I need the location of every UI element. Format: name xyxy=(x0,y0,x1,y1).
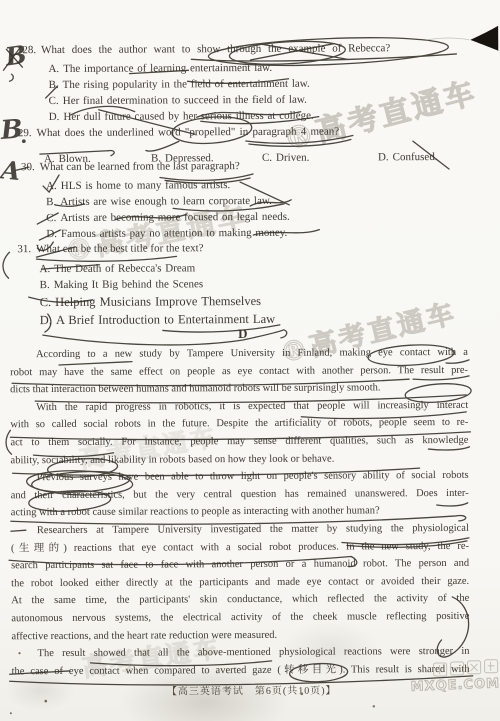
option-c: C.Helping Musicians Improve Themselves xyxy=(40,291,480,311)
handwritten-grade-q30: A xyxy=(0,155,22,186)
passage-line: At the same time, the participants' skin… xyxy=(11,590,469,610)
passage-line: the case of eye contact when compared to… xyxy=(12,661,470,681)
option-text: Her final determination to succeed in th… xyxy=(63,94,307,107)
option-label: C. xyxy=(49,95,59,107)
option-label: C. xyxy=(46,212,56,224)
page-footer: 【高三英语考试 第6页(共10页)】 xyxy=(2,681,500,699)
option-label: B. xyxy=(46,196,56,208)
question-28-stem: 28.What does the author want to show thr… xyxy=(22,40,484,58)
question-31-options: A.The Death of Rebecca's Dream B.Making … xyxy=(17,259,479,329)
option-text: The rising popularity in the field of en… xyxy=(63,78,310,91)
question-number: 30. xyxy=(21,161,35,173)
question-30-stem: 30.What can be learned from the last par… xyxy=(21,157,483,175)
option-label: A. xyxy=(39,263,50,275)
option-text: The Death of Rebecca's Dream xyxy=(54,262,195,275)
question-30: 30.What can be learned from the last par… xyxy=(21,157,483,242)
passage-line: According to a new study by Tampere Univ… xyxy=(10,344,468,364)
option-label: A. xyxy=(46,180,57,192)
passage-line: The result showed that all the above-men… xyxy=(11,643,469,663)
question-28: 28.What does the author want to show thr… xyxy=(22,40,484,125)
option-text: HLS is home to many famous artists. xyxy=(61,179,231,192)
passage-line: act to them socially. For instance, peop… xyxy=(10,432,468,452)
question-31-stem: 31.What can be the best title for the te… xyxy=(17,239,479,257)
option-text: The importance of learning entertainment… xyxy=(63,62,272,75)
question-29-stem: 29.What does the underlined word "propel… xyxy=(18,123,480,141)
handwritten-grade-q28: B xyxy=(3,40,28,72)
scanned-exam-page: ®高考直通车 ®高考直通车 ®高考直通车 高考直通车 高考直通车 MXQE.CO… xyxy=(0,0,500,721)
option-label: D. xyxy=(46,228,57,240)
option-text: Making It Big behind the Scenes xyxy=(54,278,204,291)
question-stem-text: What can be the best title for the text? xyxy=(36,242,203,255)
option-text: Her dull future caused by her serious il… xyxy=(63,110,313,123)
question-stem-text: What does the author want to show throug… xyxy=(41,42,390,56)
option-label: C. xyxy=(40,295,52,309)
question-28-options: A.The importance of learning entertainme… xyxy=(22,59,484,125)
question-30-options: A.HLS is home to many famous artists. B.… xyxy=(21,176,483,242)
passage-line: and their characteristics, but the very … xyxy=(11,485,469,505)
passage-line: Previous surveys have been able to throw… xyxy=(11,467,469,487)
reading-passage: According to a new study by Tampere Univ… xyxy=(10,344,470,681)
section-d-label: D xyxy=(0,326,486,343)
option-text: Artists are becoming more focused on leg… xyxy=(60,211,289,224)
passage-line: robot may have the same effect on people… xyxy=(10,361,468,381)
option-label: B. xyxy=(49,79,59,91)
passage-line: Researchers at Tampere University invest… xyxy=(11,520,469,540)
scan-content: ®高考直通车 ®高考直通车 ®高考直通车 高考直通车 高考直通车 MXQE.CO… xyxy=(0,0,500,721)
option-text: Artists are wise enough to learn corpora… xyxy=(60,195,272,208)
question-stem-text: What does the underlined word "propelled… xyxy=(37,126,340,140)
question-31: 31.What can be the best title for the te… xyxy=(17,239,479,329)
question-stem-text: What can be learned from the last paragr… xyxy=(40,160,240,173)
option-label: D. xyxy=(49,111,60,123)
option-text: Famous artists pay no attention to makin… xyxy=(61,227,287,240)
handwritten-grade-q29: B xyxy=(0,114,24,146)
option-text: A Brief Introduction to Entertainment La… xyxy=(56,312,275,327)
option-label: D. xyxy=(40,313,52,327)
passage-line: search participants sat face to face wit… xyxy=(11,555,469,575)
option-label: B. xyxy=(40,279,50,291)
passage-line: autonomous nervous systems, the electric… xyxy=(11,608,469,628)
option-text: Helping Musicians Improve Themselves xyxy=(55,294,261,309)
option-label: A. xyxy=(48,63,59,75)
question-number: 31. xyxy=(17,243,31,255)
